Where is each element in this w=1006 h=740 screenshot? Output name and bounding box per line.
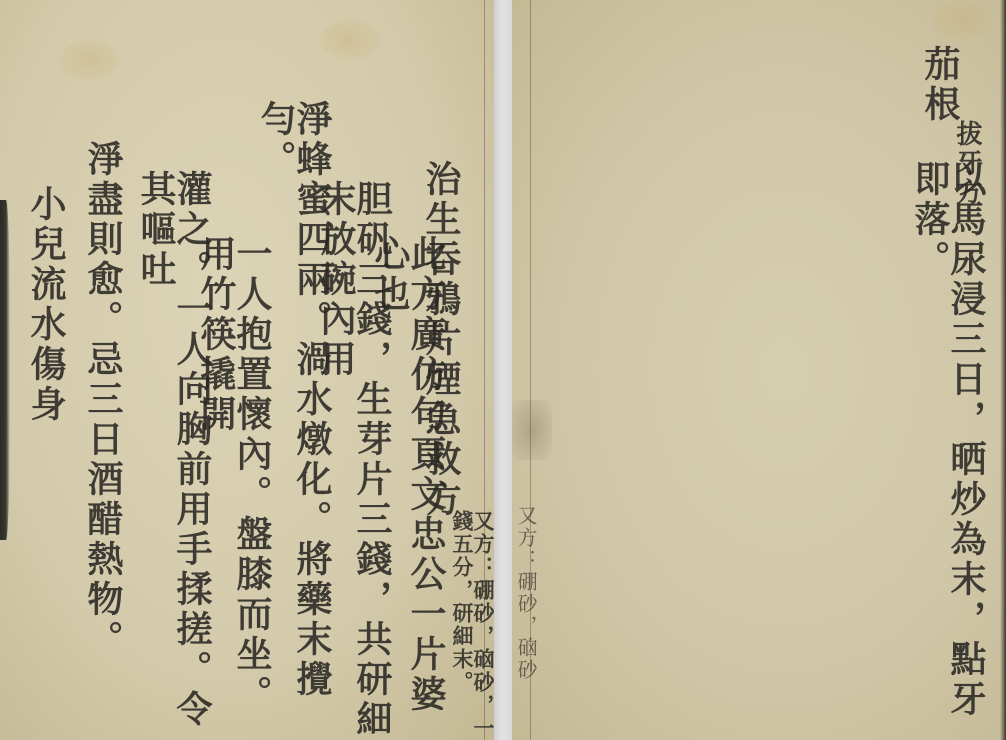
right-page: 又方：硼砂，硇砂 茄根 拔牙方 以馬尿浸三日，晒炒為末，點牙即落。 (512, 0, 1006, 740)
page-edge-shadow (0, 200, 10, 540)
page-gutter (494, 0, 512, 740)
paper-stain (60, 40, 120, 80)
paper-stain (932, 0, 992, 40)
text-column-recipe: 以馬尿浸三日，晒炒為末，點牙即落。 (912, 160, 984, 740)
text-column-7: 淨盡則愈。忌三日酒醋熱物。 (85, 140, 121, 660)
annotation-column: 又方：硼砂，硇砂，一錢五分，研細末。 (452, 510, 494, 740)
text-column-herb-name: 茄根 (922, 45, 958, 125)
paper-stain (320, 20, 380, 60)
fold-shadow (512, 400, 552, 460)
manuscript-spread: 治生吞鴉片煙急救方 又方：硼砂，硇砂，一錢五分，研細末。 此方廣仿句頁文忠公一片… (0, 0, 1006, 740)
bleed-through-text: 又方：硼砂，硇砂 (512, 505, 541, 681)
text-column-8: 小兒流水傷身 (28, 185, 64, 425)
page-edge-shadow (1000, 0, 1006, 740)
text-column-6: 灌之。一人向胸前用手揉搓。令其嘔吐 (138, 170, 210, 740)
left-page: 治生吞鴉片煙急救方 又方：硼砂，硇砂，一錢五分，研細末。 此方廣仿句頁文忠公一片… (0, 0, 494, 740)
